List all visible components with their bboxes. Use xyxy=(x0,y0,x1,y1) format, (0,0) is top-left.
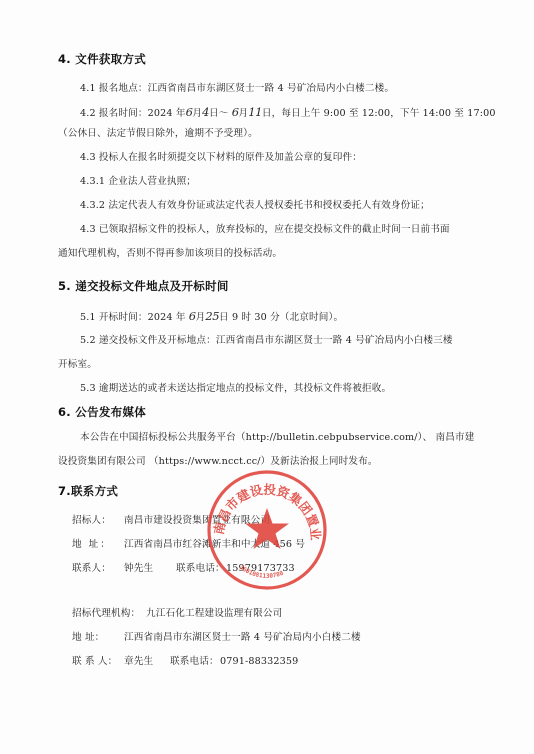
para-5-2-line1: 5.2 递交投标文件及开标地点：江西省南昌市东湖区贤士一路 4 号矿冶局内小白楼… xyxy=(80,334,453,347)
para-4-3-2: 4.3.2 法定代表人有效身份证或法定代表人授权委托书和授权委托人有效身份证； xyxy=(80,199,430,212)
tenderer-contact-label: 联系人： xyxy=(72,562,111,575)
month-char: 月 xyxy=(196,312,206,323)
handwritten-month: 6 xyxy=(189,309,196,323)
para-4-3b-line1: 4.3 已领取招标文件的投标人，放弃投标的，应在提交投标文件的截止时间一日前书面 xyxy=(80,223,450,236)
official-seal-stamp: 南昌市建设投资集团置业有限公司 3601081130780 xyxy=(205,468,329,592)
agent-address-value: 江西省南昌市东湖区贤士一路 4 号矿冶局内小白楼二楼 xyxy=(124,631,361,644)
section-6-title: 6. 公告发布媒体 xyxy=(58,404,146,420)
handwritten-day: 25 xyxy=(205,309,219,323)
document-page: 4. 文件获取方式 4.1 报名地点：江西省南昌市东湖区贤士一路 4 号矿冶局内… xyxy=(0,0,534,754)
month-char: 月 xyxy=(192,108,202,119)
handwritten-day-end: 11 xyxy=(248,105,262,119)
para-4-3b-line2: 通知代理机构，否则不得再参加该项目的投标活动。 xyxy=(58,247,282,260)
section-4-title: 4. 文件获取方式 xyxy=(58,51,146,67)
agent-label: 招标代理机构： xyxy=(72,607,140,620)
seal-star-icon xyxy=(245,508,289,549)
seal-number: 3601081130780 xyxy=(238,564,285,580)
handwritten-month-end: 6 xyxy=(232,105,239,119)
agent-phone: 0791-88332359 xyxy=(220,655,298,668)
handwritten-day-start: 4 xyxy=(202,105,209,119)
para-6-line2: 设投资集团有限公司 （https://www.ncct.cc/）及新法治报上同时… xyxy=(58,455,378,468)
agent-contact-name: 章先生 xyxy=(124,655,153,668)
para-4-3: 4.3 投标人在报名时须提交以下材料的原件及加盖公章的复印件： xyxy=(80,151,362,164)
tenderer-contact-name: 钟先生 xyxy=(124,562,153,575)
para-5-1: 5.1 开标时间：2024 年 6月25日 9 时 30 分（北京时间）。 xyxy=(80,310,343,324)
para-4-2: 4.2 报名时间：2024 年6月4日～ 6月11日，每日上午 9:00 至 1… xyxy=(80,106,496,120)
day-range-sep: 日～ xyxy=(209,108,232,119)
month-char: 月 xyxy=(239,108,249,119)
para-4-2-prefix: 4.2 报名时间：2024 年 xyxy=(80,108,186,119)
para-4-2-line2: （公休日、法定节假日除外，逾期不予受理）。 xyxy=(58,127,258,140)
tenderer-address-label: 地 址： xyxy=(72,538,112,551)
para-4-2-suffix: 日，每日上午 9:00 至 12:00，下午 14:00 至 17:00 xyxy=(262,108,496,119)
agent-address-label: 地 址： xyxy=(72,631,104,644)
section-5-title: 5. 递交投标文件地点及开标时间 xyxy=(58,278,229,294)
para-5-1-prefix: 5.1 开标时间：2024 年 xyxy=(80,312,189,323)
section-7-title: 7.联系方式 xyxy=(58,483,118,499)
tenderer-label: 招标人： xyxy=(72,514,111,527)
para-5-1-suffix: 日 9 时 30 分（北京时间）。 xyxy=(219,312,343,323)
agent-phone-label: 联系电话： xyxy=(170,655,219,668)
para-5-3: 5.3 逾期送达的或者未送达指定地点的投标文件，其投标文件将被拒收。 xyxy=(80,382,391,395)
para-4-3-1: 4.3.1 企业法人营业执照； xyxy=(80,175,196,188)
para-4-1: 4.1 报名地点：江西省南昌市东湖区贤士一路 4 号矿冶局内小白楼二楼。 xyxy=(80,82,394,95)
agent-value: 九江石化工程建设监理有限公司 xyxy=(146,607,282,620)
para-6-line1: 本公告在中国招标投标公共服务平台（http://bulletin.cebpubs… xyxy=(80,431,475,444)
para-5-2-line2: 开标室。 xyxy=(58,358,97,371)
agent-contact-label: 联 系 人： xyxy=(72,655,117,668)
